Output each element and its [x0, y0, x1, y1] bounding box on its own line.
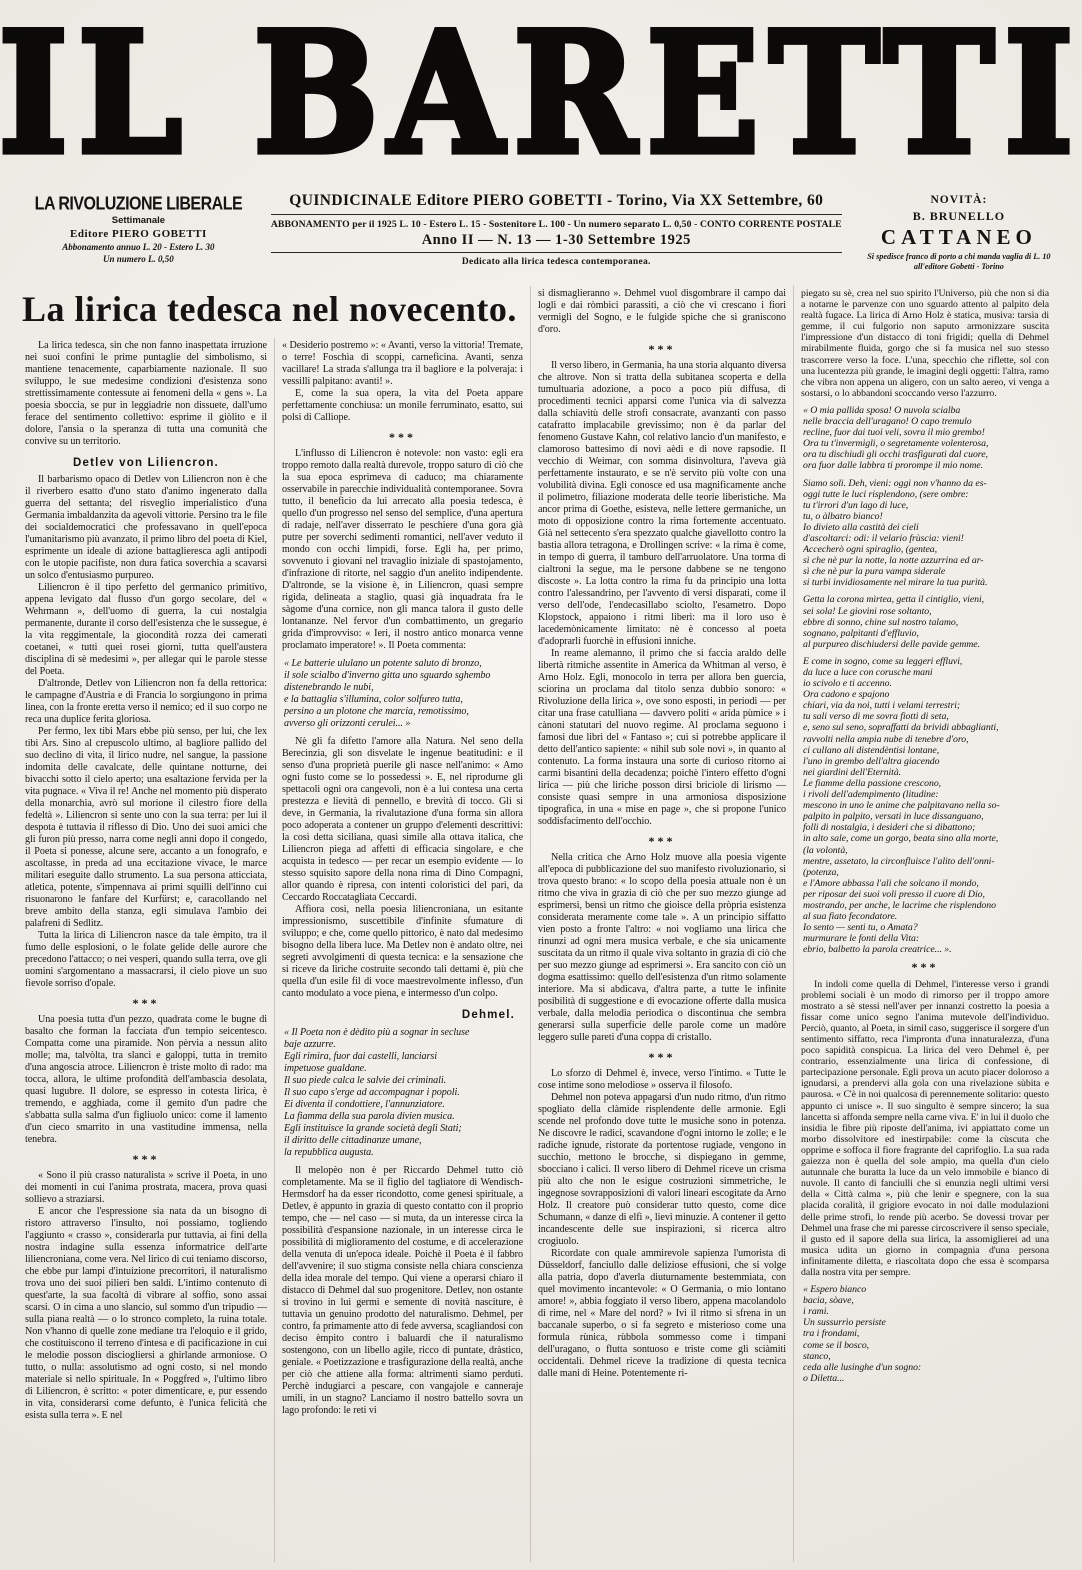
paragraph: In reame alemanno, il primo che si facci… — [538, 648, 786, 828]
verse-line: ravvolti nella ampia nube di tenebre d'o… — [803, 734, 1049, 745]
verse-block: Getta la corona mìrtea, getta il cintigl… — [803, 594, 1049, 649]
paragraph: si dismaglieranno ». Dehmel vuol disgomb… — [538, 288, 786, 336]
verse-line: Il suo capo s'erge ad accompagnar i popo… — [284, 1087, 523, 1099]
left-columns: La lirica tedesca, sin che non fanno ina… — [18, 338, 530, 1562]
paragraph: « Desiderio postremo »: « Avanti, verso … — [282, 340, 523, 388]
verse-line: il diritto delle cittadinanze umane, — [284, 1135, 523, 1147]
verse-line: sì che nè pur la pura vampa siderale — [803, 566, 1049, 577]
section-divider: *** — [25, 997, 267, 1009]
verse-line: Un sussurrìo persiste — [803, 1317, 1049, 1328]
section-divider: *** — [538, 343, 786, 355]
sister-subscription-line: Abbonamento annuo L. 20 - Estero L. 30 — [20, 242, 257, 252]
issue-line: Anno II — N. 13 — 1-30 Settembre 1925 — [271, 231, 842, 252]
verse-line: Egli instituisce la grande società degli… — [284, 1123, 523, 1135]
verse-line: « O mia pallida sposa! O nuvola scialba — [803, 405, 1049, 416]
header-center-block: QUINDICINALE Editore PIERO GOBETTI - Tor… — [271, 190, 842, 267]
header-left-block: LA RIVOLUZIONE LIBERALE Settimanale Edit… — [20, 190, 257, 264]
masthead-title: IL BARETTI — [0, 10, 1082, 176]
section-heading: Detlev von Liliencron. — [25, 457, 267, 469]
verse-line: tu t'irrori d'un lago di luce, — [803, 500, 1049, 511]
verse-line: Egli rimira, fuor dai castelli, lanciars… — [284, 1051, 523, 1063]
verse-line: come se il bosco, — [803, 1340, 1049, 1351]
shipping-note: Si spedisce franco di porto a chi manda … — [856, 252, 1062, 273]
verse-line: E come in sogno, come su leggeri effluvi… — [803, 656, 1049, 667]
paragraph: La lirica tedesca, sin che non fanno ina… — [25, 340, 267, 448]
verse-line: mescono in uno le anime che palpitavano … — [803, 800, 1049, 811]
paragraph: In indoli come quella di Dehmel, l'inter… — [801, 979, 1049, 1279]
text-column-1: La lirica tedesca, sin che non fanno ina… — [18, 338, 274, 1562]
verse-line: bacia, sòave, — [803, 1295, 1049, 1306]
verse-line: La fiamma della sua parola divien musica… — [284, 1111, 523, 1123]
verse-block: « Espero biancobacia, sòave,i rami.Un su… — [803, 1284, 1049, 1384]
verse-line: « Le batterie ululano un potente saluto … — [284, 658, 523, 670]
verse-line: tu sali verso di me sovra fiotti di seta… — [803, 711, 1049, 722]
verse-line: il sole scialbo d'inverno gitta uno sgua… — [284, 670, 523, 682]
verse-line: nei giardini dell'Eternità. — [803, 767, 1049, 778]
verse-block: « O mia pallida sposa! O nuvola scialban… — [803, 405, 1049, 472]
verse-line: persino a un plotone che marcia, remotis… — [284, 706, 523, 718]
verse-block: E come in sogno, come su leggeri effluvi… — [803, 656, 1049, 956]
verse-line: i rivoli dell'adempimento (litudine: — [803, 789, 1049, 800]
verse-line: in alto sale, come un gorgo, beata sino … — [803, 833, 1049, 844]
newspaper-page: IL BARETTI LA RIVOLUZIONE LIBERALE Setti… — [0, 0, 1082, 1570]
verse-line: Accecherò ogni spiraglio, (gentea, — [803, 544, 1049, 555]
paragraph: Liliencron è il tipo perfetto del german… — [25, 582, 267, 678]
paragraph: Una poesia tutta d'un pezzo, quadrata co… — [25, 1014, 267, 1146]
header-strip: LA RIVOLUZIONE LIBERALE Settimanale Edit… — [0, 186, 1082, 282]
section-divider: *** — [801, 962, 1049, 973]
verse-block: « Il Poeta non è dèdito più a sognar in … — [284, 1027, 523, 1159]
text-column-3: si dismaglieranno ». Dehmel vuol disgomb… — [530, 286, 793, 1562]
verse-line: Il suo piede calca le salvie dei crimina… — [284, 1075, 523, 1087]
sister-publication-title: LA RIVOLUZIONE LIBERALE — [20, 195, 257, 216]
section-divider: *** — [538, 835, 786, 847]
paragraph: Dehmel non poteva appagarsi d'un nudo ri… — [538, 1092, 786, 1248]
verse-block: « Le batterie ululano un potente saluto … — [284, 658, 523, 730]
text-column-4: piegato su sè, crea nel suo spirito l'Un… — [793, 286, 1056, 1562]
verse-line: ebrio, balbetto la parola creatrice... »… — [803, 944, 1049, 955]
verse-line: sognano, palpitanti d'effluvio, — [803, 628, 1049, 639]
verse-line: Ora tu t'invermigli, o segretamente vole… — [803, 438, 1049, 449]
paragraph: « Sono il più crasso naturalista » scriv… — [25, 1170, 267, 1206]
verse-line: si turbi invidiosamente nel mirare la tu… — [803, 577, 1049, 588]
verse-line: ebbre di sonno, chine sul nostro talamo, — [803, 617, 1049, 628]
paragraph: Nè gli fa difetto l'amore alla Natura. N… — [282, 736, 523, 904]
verse-line: al sua fiato fecondatore. — [803, 911, 1049, 922]
verse-line: Io sento — senti tu, o Amata? — [803, 922, 1049, 933]
verse-line: recline, fuor dai tuoi veli, sovra il mi… — [803, 427, 1049, 438]
verse-line: al purpureo dischiudersi delle pavide ge… — [803, 639, 1049, 650]
paragraph: Il barbarismo opaco di Detlev von Lilien… — [25, 474, 267, 582]
verse-line: ci cullano ali distendèntisi lontane, — [803, 745, 1049, 756]
verse-line: folli di nostalgia, i desideri che si di… — [803, 822, 1049, 833]
paragraph: Nella critica che Arno Holz muove alla p… — [538, 852, 786, 1044]
text-column-2: « Desiderio postremo »: « Avanti, verso … — [274, 338, 530, 1562]
paragraph: Il verso libero, in Germania, ha una sto… — [538, 360, 786, 648]
sister-publication-frequency: Settimanale — [20, 215, 257, 226]
verse-line: la repubblica augusta. — [284, 1147, 523, 1159]
verse-line: sì che nè pur la notte, la notte azzurri… — [803, 555, 1049, 566]
novita-label: NOVITÀ: — [856, 194, 1062, 206]
verse-line: « Espero bianco — [803, 1284, 1049, 1295]
verse-line: tra i frondami, — [803, 1328, 1049, 1339]
verse-line: per riposar dei suoi voli presso il cuor… — [803, 889, 1049, 900]
article-left-half: La lirica tedesca nel novecento. La liri… — [18, 286, 530, 1562]
verse-line: d'ascoltarci: odi: il velario frùscia: v… — [803, 533, 1049, 544]
section-divider: *** — [282, 431, 523, 443]
article-body: La lirica tedesca nel novecento. La liri… — [0, 282, 1082, 1562]
publisher-line: QUINDICINALE Editore PIERO GOBETTI - Tor… — [271, 190, 842, 214]
paragraph: Affiora così, nella poesia liliencronian… — [282, 904, 523, 1000]
verse-line: stanco, — [803, 1351, 1049, 1362]
paragraph: D'altronde, Detlev von Liliencron non fa… — [25, 678, 267, 726]
verse-line: i rami. — [803, 1306, 1049, 1317]
verse-line: palpito in palpito, versati in luce diss… — [803, 811, 1049, 822]
verse-line: l'uno in grembo dell'altra giacendo — [803, 756, 1049, 767]
verse-line: distenebrando le nubi, — [284, 682, 523, 694]
verse-line: murmurare le fonti della Vita: — [803, 933, 1049, 944]
verse-line: Io divieto alla castità dei cieli — [803, 522, 1049, 533]
book-title: CATTANEO — [856, 225, 1062, 250]
dedication-line: Dedicato alla lirica tedesca contemporan… — [271, 253, 842, 267]
verse-line: nelle braccia dell'uragano! O capo tremu… — [803, 416, 1049, 427]
verse-line: Le fiamme della passione crescono, — [803, 778, 1049, 789]
verse-line: e l'Amore abbassa l'ali che solcano il m… — [803, 878, 1049, 889]
sister-publication-publisher: Editore PIERO GOBETTI — [20, 228, 257, 240]
verse-line: sei sola! Le giovini rose soltanto, — [803, 606, 1049, 617]
verse-line: tu, o àlbatro bianco! — [803, 511, 1049, 522]
paragraph: Ricordate con quale ammirevole sapienza … — [538, 1248, 786, 1380]
header-right-block: NOVITÀ: B. BRUNELLO CATTANEO Si spedisce… — [856, 190, 1062, 273]
paragraph: Per fermo, lex tibi Mars ebbe più senso,… — [25, 726, 267, 930]
verse-line: ora fuor dalle labbra ti prorompe il mio… — [803, 460, 1049, 471]
verse-line: da luce a luce con corusche mani — [803, 667, 1049, 678]
section-divider: *** — [25, 1153, 267, 1165]
verse-line: Siamo soli. Deh, vieni: oggi non v'hanno… — [803, 478, 1049, 489]
verse-line: avverso gli orizzonti cerulei... » — [284, 718, 523, 730]
paragraph: Il melopèo non è per Riccardo Dehmel tut… — [282, 1165, 523, 1417]
sister-price-line: Un numero L. 0,50 — [20, 254, 257, 264]
paragraph: piegato su sè, crea nel suo spirito l'Un… — [801, 288, 1049, 399]
verse-line: Getta la corona mìrtea, getta il cintigl… — [803, 594, 1049, 605]
verse-line: ceda alle lusinghe d'un sogno: — [803, 1362, 1049, 1373]
verse-line: Ei diventa il condottiere, l'annunziator… — [284, 1099, 523, 1111]
verse-line: mentre, assetato, la circonfluisce l'ali… — [803, 856, 1049, 867]
author-name: B. BRUNELLO — [856, 209, 1062, 224]
verse-block: Siamo soli. Deh, vieni: oggi non v'hanno… — [803, 478, 1049, 589]
verse-line: chiari, via da noi, tutti i velami terre… — [803, 700, 1049, 711]
verse-line: o Diletta... — [803, 1373, 1049, 1384]
verse-line: impetuose gualdane. — [284, 1063, 523, 1075]
paragraph: E ancor che l'espressione sia nata da un… — [25, 1206, 267, 1422]
verse-line: (potenza, — [803, 867, 1049, 878]
paragraph: E, come la sua opera, la vita del Poeta … — [282, 388, 523, 424]
verse-line: « Il Poeta non è dèdito più a sognar in … — [284, 1027, 523, 1039]
verse-line: baje azzurre. — [284, 1039, 523, 1051]
verse-line: ora tu dischiudi gli occhi trasfigurati … — [803, 449, 1049, 460]
verse-line: e la battaglia s'illumina, color solfure… — [284, 694, 523, 706]
paragraph: Tutta la lirica di Liliencron nasce da t… — [25, 930, 267, 990]
verse-line: io scivolo e ti accenno. — [803, 678, 1049, 689]
verse-line: Ora cadono e spajono — [803, 689, 1049, 700]
section-divider: *** — [538, 1051, 786, 1063]
paragraph: Lo sforzo di Dehmel è, invece, verso l'i… — [538, 1068, 786, 1092]
masthead: IL BARETTI — [0, 0, 1082, 186]
subscription-line: ABBONAMENTO per il 1925 L. 10 - Estero L… — [271, 215, 842, 231]
section-heading: Dehmel. — [282, 1009, 523, 1021]
verse-line: mostrando, per anche, le lacrime che ris… — [803, 900, 1049, 911]
verse-line: oggi tutte le luci risplendono, (sere om… — [803, 489, 1049, 500]
verse-line: (la volontà, — [803, 845, 1049, 856]
article-headline: La lirica tedesca nel novecento. — [18, 286, 530, 338]
paragraph: L'influsso di Liliencron è notevole: non… — [282, 448, 523, 652]
verse-line: e, seno sul seno, sopraffatti da brividi… — [803, 722, 1049, 733]
